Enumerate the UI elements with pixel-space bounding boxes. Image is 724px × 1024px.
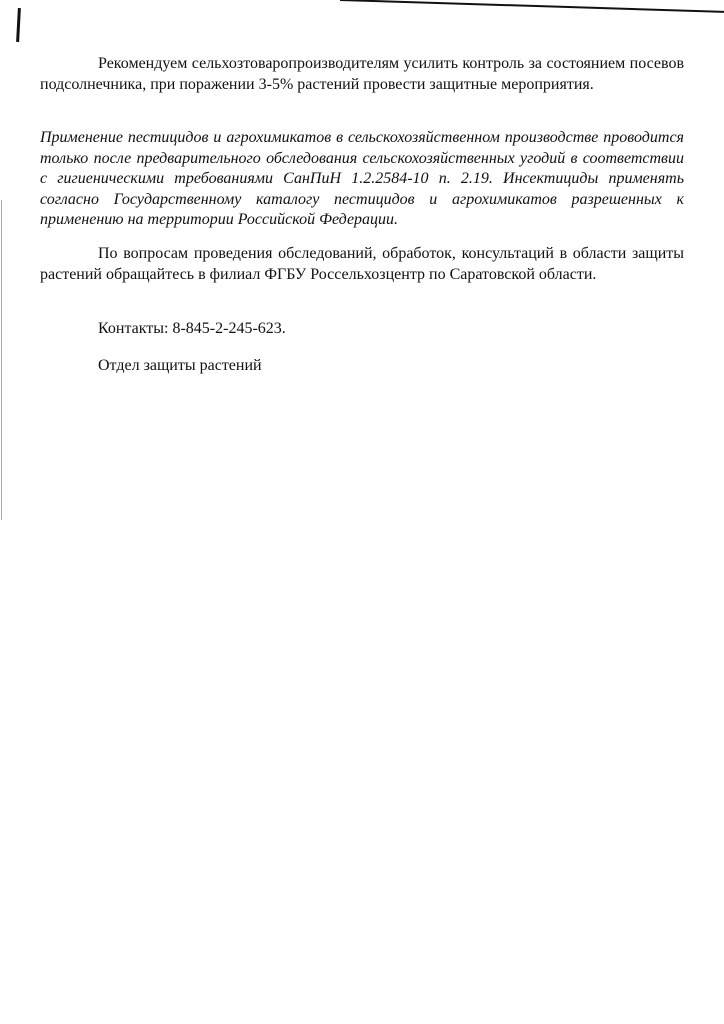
department-signature: Отдел защиты растений — [40, 356, 724, 377]
scanned-page: Рекомендуем сельхозтоваропроизводителям … — [0, 0, 724, 1024]
scan-edge-mark — [16, 8, 21, 42]
pesticide-regulation-paragraph: Применение пестицидов и агрохимикатов в … — [40, 128, 684, 231]
contact-info-paragraph: По вопросам проведения обследований, обр… — [40, 244, 684, 285]
phone-contacts: Контакты: 8-845-2-245-623. — [40, 319, 724, 340]
recommendation-paragraph: Рекомендуем сельхозтоваропроизводителям … — [40, 54, 684, 95]
scan-border-line — [340, 0, 724, 18]
scan-edge-line — [1, 200, 2, 520]
